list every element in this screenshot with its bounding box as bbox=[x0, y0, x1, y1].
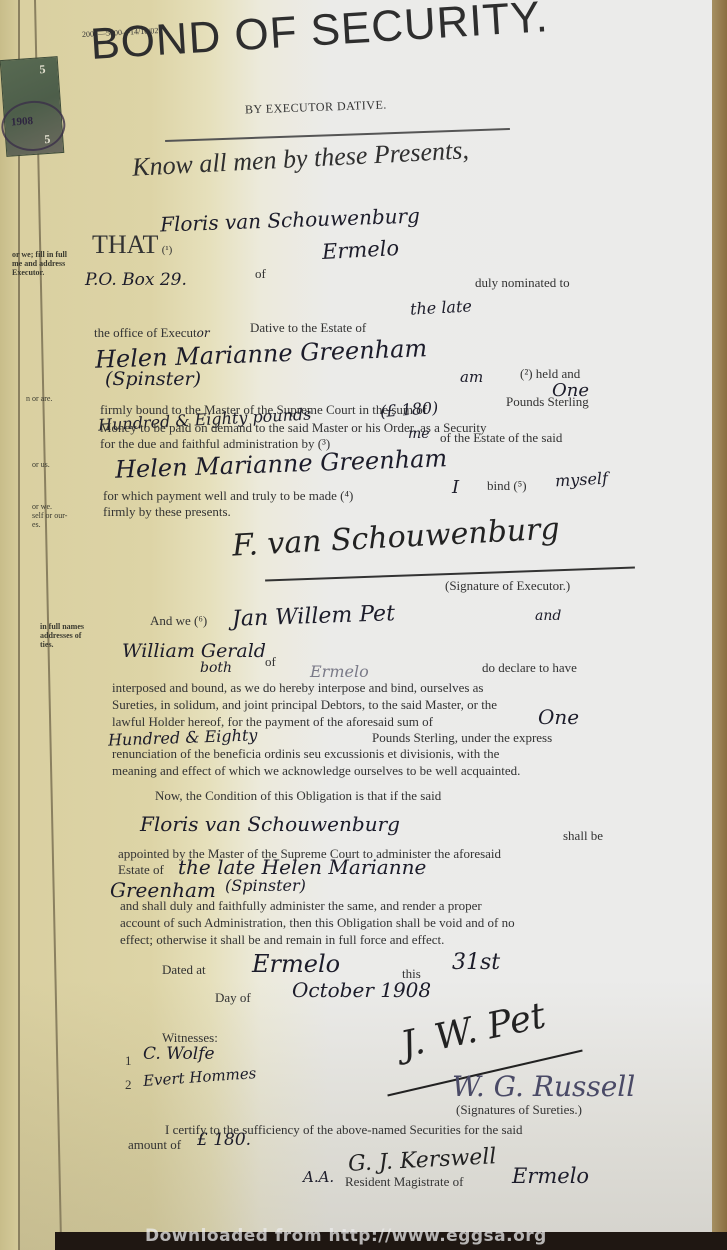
surety-2-name: William Gerald bbox=[122, 640, 266, 662]
bind-word: bind (⁵) bbox=[487, 478, 527, 494]
renunciation: renunciation of the beneficia ordinis se… bbox=[112, 746, 499, 762]
margin-note-line: Executor. bbox=[12, 268, 67, 277]
book-edge bbox=[0, 0, 20, 1250]
sureties-amount-1: One bbox=[538, 705, 579, 729]
estate-of: Estate of bbox=[118, 862, 164, 878]
aa-initials: A.A. bbox=[303, 1168, 334, 1186]
both-word: both bbox=[200, 660, 232, 676]
and-we: And we (⁶) bbox=[150, 613, 207, 629]
duly-nominated: duly nominated to bbox=[475, 275, 570, 291]
day-of: Day of bbox=[215, 990, 251, 1006]
of-label: of bbox=[255, 266, 266, 282]
and-word: and bbox=[535, 608, 561, 624]
margin-note-am-are: n or are. bbox=[26, 394, 52, 403]
shall-be: shall be bbox=[563, 828, 603, 844]
margin-note-i-we: or we. self or our- es. bbox=[32, 502, 67, 529]
margin-note-line: es. bbox=[32, 520, 67, 529]
footnote-1: (¹) bbox=[162, 244, 173, 256]
stamp-cancellation bbox=[0, 99, 67, 153]
deceased-status: (Spinster) bbox=[105, 368, 201, 390]
page-shadow bbox=[0, 980, 727, 1250]
i-word: I bbox=[452, 477, 459, 498]
condition-executor-name: Floris van Schouwenburg bbox=[140, 812, 400, 836]
margin-note-line: ties. bbox=[40, 640, 84, 649]
pounds-sterling: Pounds Sterling bbox=[506, 394, 589, 410]
sureties-caption: (Signatures of Sureties.) bbox=[456, 1102, 582, 1118]
condition-line: account of such Administration, then thi… bbox=[120, 915, 515, 931]
margin-note-sureties: in full names addresses of ties. bbox=[40, 622, 84, 649]
stamp-year: 1908 bbox=[11, 115, 34, 129]
dated-place: Ermelo bbox=[252, 950, 340, 978]
revenue-stamp-icon: 5 5 1908 bbox=[0, 56, 64, 157]
condition-line: effect; otherwise it shall be and remain… bbox=[120, 932, 444, 948]
margin-note-executor: or we; fill in full me and address Execu… bbox=[12, 250, 67, 277]
am-word: am bbox=[460, 368, 483, 386]
office-of: the office of Executor bbox=[94, 325, 210, 341]
margin-note-line: or we; fill in full bbox=[12, 250, 67, 259]
magistrate-district: Ermelo bbox=[512, 1164, 589, 1188]
me-word: me bbox=[408, 426, 430, 442]
payment-line: for which payment well and truly to be m… bbox=[103, 488, 353, 504]
margin-note-line: me and address bbox=[12, 259, 67, 268]
myself-word: myself bbox=[555, 469, 609, 491]
amount-of: amount of bbox=[128, 1137, 181, 1153]
that-text: THAT bbox=[92, 230, 158, 259]
book-right-edge bbox=[712, 0, 727, 1250]
binding-line bbox=[18, 0, 20, 1250]
office-suffix: or bbox=[197, 326, 210, 340]
pounds-express: Pounds Sterling, under the express bbox=[372, 730, 552, 746]
signature-caption: (Signature of Executor.) bbox=[445, 578, 570, 594]
certified-amount: £ 180. bbox=[197, 1130, 251, 1150]
of-label-sureties: of bbox=[265, 654, 276, 670]
condition-intro: Now, the Condition of this Obligation is… bbox=[155, 788, 441, 804]
margin-note-line: addresses of bbox=[40, 631, 84, 640]
resident-magistrate: Resident Magistrate of bbox=[345, 1174, 463, 1190]
margin-note-line: in full names bbox=[40, 622, 84, 631]
margin-note-line: self or our- bbox=[32, 511, 67, 520]
of-estate: of the Estate of the said bbox=[440, 430, 562, 446]
condition-line: and shall duly and faithfully administer… bbox=[120, 898, 482, 914]
margin-note-line: or we. bbox=[32, 502, 67, 511]
dated-at: Dated at bbox=[162, 962, 206, 978]
meaning-line: meaning and effect of which we acknowled… bbox=[112, 763, 520, 779]
month-year: October 1908 bbox=[292, 978, 431, 1002]
firmly-presents: firmly by these presents. bbox=[103, 504, 231, 520]
executor-town: Ermelo bbox=[321, 236, 399, 264]
sureties-line: interposed and bound, as we do hereby in… bbox=[112, 680, 484, 696]
dative-estate: Dative to the Estate of bbox=[250, 320, 366, 336]
day-number: 31st bbox=[452, 950, 500, 975]
source-watermark: Downloaded from http://www.eggsa.org bbox=[145, 1226, 547, 1246]
sureties-town: Ermelo bbox=[310, 662, 369, 681]
margin-note-me-us: or us. bbox=[32, 460, 50, 469]
office-text: the office of Execut bbox=[94, 325, 197, 340]
the-late: the late bbox=[410, 296, 473, 318]
sureties-line: lawful Holder hereof, for the payment of… bbox=[112, 714, 433, 730]
surety-signature-2: W. G. Russell bbox=[452, 1070, 635, 1103]
sureties-line: Sureties, in solidum, and joint principa… bbox=[112, 697, 497, 713]
stamp-value: 5 bbox=[39, 62, 46, 77]
witness-number-1: 1 bbox=[125, 1053, 132, 1069]
witness-signature-1: C. Wolfe bbox=[143, 1044, 215, 1064]
witness-number-2: 2 bbox=[125, 1077, 132, 1093]
amount-figures: (£ 180) bbox=[379, 398, 438, 421]
declare-text: do declare to have bbox=[482, 660, 577, 676]
executor-address: P.O. Box 29. bbox=[85, 270, 187, 290]
condition-deceased-status: (Spinster) bbox=[225, 876, 306, 895]
